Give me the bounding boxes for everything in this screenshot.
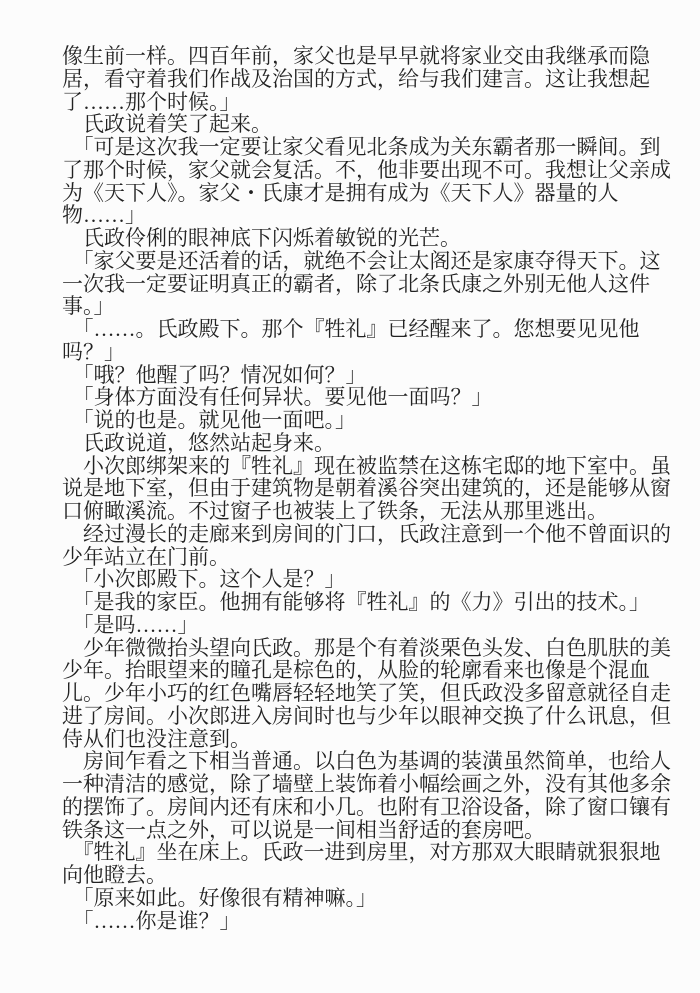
text-line: 一种清洁的感觉，除了墙壁上装饰着小幅绘画之外，没有其他多余 [62,773,677,796]
text-line: 进了房间。小次郎进入房间时也与少年以眼神交换了什么讯息，但 [62,705,677,728]
text-line: 氏政说道，悠然站起身来。 [62,432,677,455]
text-line: 氏政伶俐的眼神底下闪烁着敏锐的光芒。 [62,227,677,250]
text-line: 经过漫长的走廊来到房间的门口，氏政注意到一个他不曾面识的 [62,523,677,546]
page-text: 像生前一样。四百年前，家父也是早早就将家业交由我继承而隐居，看守着我们作战及治国… [62,45,677,932]
text-line: 小次郎绑架来的『牲礼』现在被监禁在这栋宅邸的地下室中。虽 [62,455,677,478]
text-line: 「小次郎殿下。这个人是？」 [62,568,677,591]
text-line: 「原来如此。好像很有精神嘛。」 [62,887,677,910]
text-line: 的摆饰了。房间内还有床和小几。也附有卫浴设备，除了窗口镶有 [62,796,677,819]
text-line: 「是我的家臣。他拥有能够将『牲礼』的《力》引出的技术。」 [62,591,677,614]
book-page: 像生前一样。四百年前，家父也是早早就将家业交由我继承而隐居，看守着我们作战及治国… [0,0,700,993]
text-line: 像生前一样。四百年前，家父也是早早就将家业交由我继承而隐 [62,45,677,68]
text-line: 侍从们也没注意到。 [62,728,677,751]
text-line: 「家父要是还活着的话，就绝不会让太阁还是家康夺得天下。这 [62,250,677,273]
text-line: 儿。少年小巧的红色嘴唇轻轻地笑了笑，但氏政没多留意就径自走 [62,682,677,705]
text-line: 居，看守着我们作战及治国的方式，给与我们建言。这让我想起 [62,68,677,91]
text-line: 口俯瞰溪流。不过窗子也被装上了铁条，无法从那里逃出。 [62,500,677,523]
text-line: 「是吗……」 [62,614,677,637]
text-line: 氏政说着笑了起来。 [62,113,677,136]
text-line: 「说的也是。就见他一面吧。」 [62,409,677,432]
text-line: 「哦？他醒了吗？情况如何？」 [62,364,677,387]
text-line: 『牲礼』坐在床上。氏政一进到房里，对方那双大眼睛就狠狠地 [62,841,677,864]
text-line: 物……」 [62,204,677,227]
text-line: 「可是这次我一定要让家父看见北条成为关东霸者那一瞬间。到 [62,136,677,159]
text-line: 房间乍看之下相当普通。以白色为基调的装潢虽然简单，也给人 [62,750,677,773]
text-line: 吗？」 [62,341,677,364]
text-line: 为《天下人》。家父・氏康才是拥有成为《天下人》器量的人 [62,182,677,205]
text-line: 一次我一定要证明真正的霸者，除了北条氏康之外别无他人这件 [62,273,677,296]
text-line: 了……那个时候。」 [62,91,677,114]
text-line: 「……你是谁？」 [62,910,677,933]
text-line: 少年微微抬头望向氏政。那是个有着淡栗色头发、白色肌肤的美 [62,637,677,660]
text-line: 事。」 [62,295,677,318]
text-line: 向他瞪去。 [62,864,677,887]
text-line: 铁条这一点之外，可以说是一间相当舒适的套房吧。 [62,819,677,842]
text-line: 「……。氏政殿下。那个『牲礼』已经醒来了。您想要见见他 [62,318,677,341]
text-line: 说是地下室，但由于建筑物是朝着溪谷突出建筑的，还是能够从窗 [62,477,677,500]
text-line: 「身体方面没有任何异状。要见他一面吗？」 [62,386,677,409]
text-line: 少年站立在门前。 [62,546,677,569]
text-line: 少年。抬眼望来的瞳孔是棕色的，从脸的轮廓看来也像是个混血 [62,659,677,682]
text-line: 了那个时候，家父就会复活。不，他非要出现不可。我想让父亲成 [62,159,677,182]
